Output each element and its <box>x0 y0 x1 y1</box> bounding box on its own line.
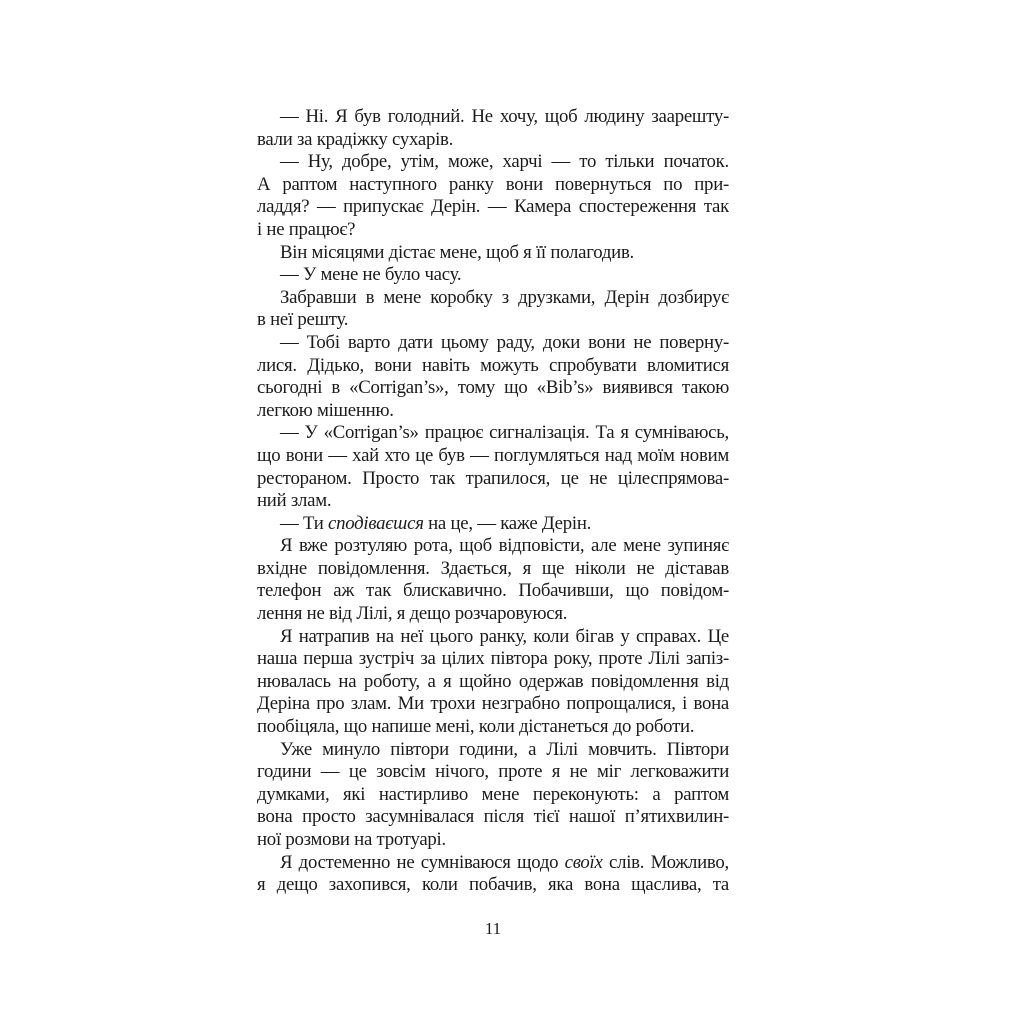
text-run-italic: своїх <box>565 852 603 873</box>
text-run-italic: сподіваєшся <box>328 513 424 534</box>
text-line: Уже минуло півтори години, а Лілі мовчит… <box>257 739 729 762</box>
text-line: лення не від Лілі, я дещо розчаровуюся. <box>257 603 729 626</box>
text-line: ної розмови на тротуарі. <box>257 829 729 852</box>
text-line: А раптом наступного ранку вони повернуть… <box>257 174 729 197</box>
text-line: в неї решту. <box>257 309 729 332</box>
text-line: години — це зовсім нічого, проте я не мі… <box>257 761 729 784</box>
text-line: — У «Corrigan’s» працює сигналізація. Та… <box>257 422 729 445</box>
text-line: я дещо захопився, коли побачив, яка вона… <box>257 874 729 897</box>
text-line: і не працює? <box>257 219 729 242</box>
text-line: наша перша зустріч за цілих півтора року… <box>257 648 729 671</box>
text-line: — Ти сподіваєшся на це, — каже Дерін. <box>257 513 729 536</box>
book-page: — Ні. Я був голодний. Не хочу, щоб людин… <box>0 0 1024 1024</box>
text-line: рестораном. Просто так трапилося, це не … <box>257 468 729 491</box>
text-line: легкою мішенню. <box>257 400 729 423</box>
page-number: 11 <box>257 919 729 939</box>
text-line: нювалась на роботу, а я щойно одержав по… <box>257 671 729 694</box>
text-line: Я вже розтуляю рота, щоб відповісти, але… <box>257 535 729 558</box>
text-line: вона просто засумнівалася після тієї наш… <box>257 806 729 829</box>
text-line: думками, які настирливо мене переконують… <box>257 784 729 807</box>
text-run: на це, — каже Дерін. <box>424 513 591 534</box>
text-line: ний злам. <box>257 490 729 513</box>
text-line: Він місяцями дістає мене, щоб я її полаг… <box>257 242 729 265</box>
text-line: — Тобі варто дати цьому раду, доки вони … <box>257 332 729 355</box>
text-line: ладдя? — припускає Дерін. — Камера спост… <box>257 196 729 219</box>
text-line: — У мене не було часу. <box>257 264 729 287</box>
text-line: вали за крадіжку сухарів. <box>257 129 729 152</box>
text-line: — Ну, добре, утім, може, харчі — то тіль… <box>257 151 729 174</box>
text-line: лися. Дідько, вони навіть можуть спробув… <box>257 355 729 378</box>
text-line: що вони — хай хто це був — поглумляться … <box>257 445 729 468</box>
text-run: слів. Можливо, <box>603 852 729 873</box>
text-line: Я натрапив на неї цього ранку, коли біга… <box>257 626 729 649</box>
text-line: вхідне повідомлення. Здається, я ще ніко… <box>257 558 729 581</box>
page-text: — Ні. Я був голодний. Не хочу, щоб людин… <box>257 106 729 897</box>
text-line: Я достеменно не сумніваюся щодо своїх сл… <box>257 852 729 875</box>
text-line: Деріна про злам. Ми трохи незграбно попр… <box>257 693 729 716</box>
text-line: телефон аж так блискавично. Побачивши, щ… <box>257 580 729 603</box>
text-line: Забравши в мене коробку з друзками, Дері… <box>257 287 729 310</box>
text-line: пообіцяла, що напише мені, коли дістанет… <box>257 716 729 739</box>
text-run: — Ти <box>280 513 328 534</box>
text-run: Я достеменно не сумніваюся щодо <box>280 852 565 873</box>
text-line: сьогодні в «Corrigan’s», тому що «Bib’s»… <box>257 377 729 400</box>
text-line: — Ні. Я був голодний. Не хочу, щоб людин… <box>257 106 729 129</box>
